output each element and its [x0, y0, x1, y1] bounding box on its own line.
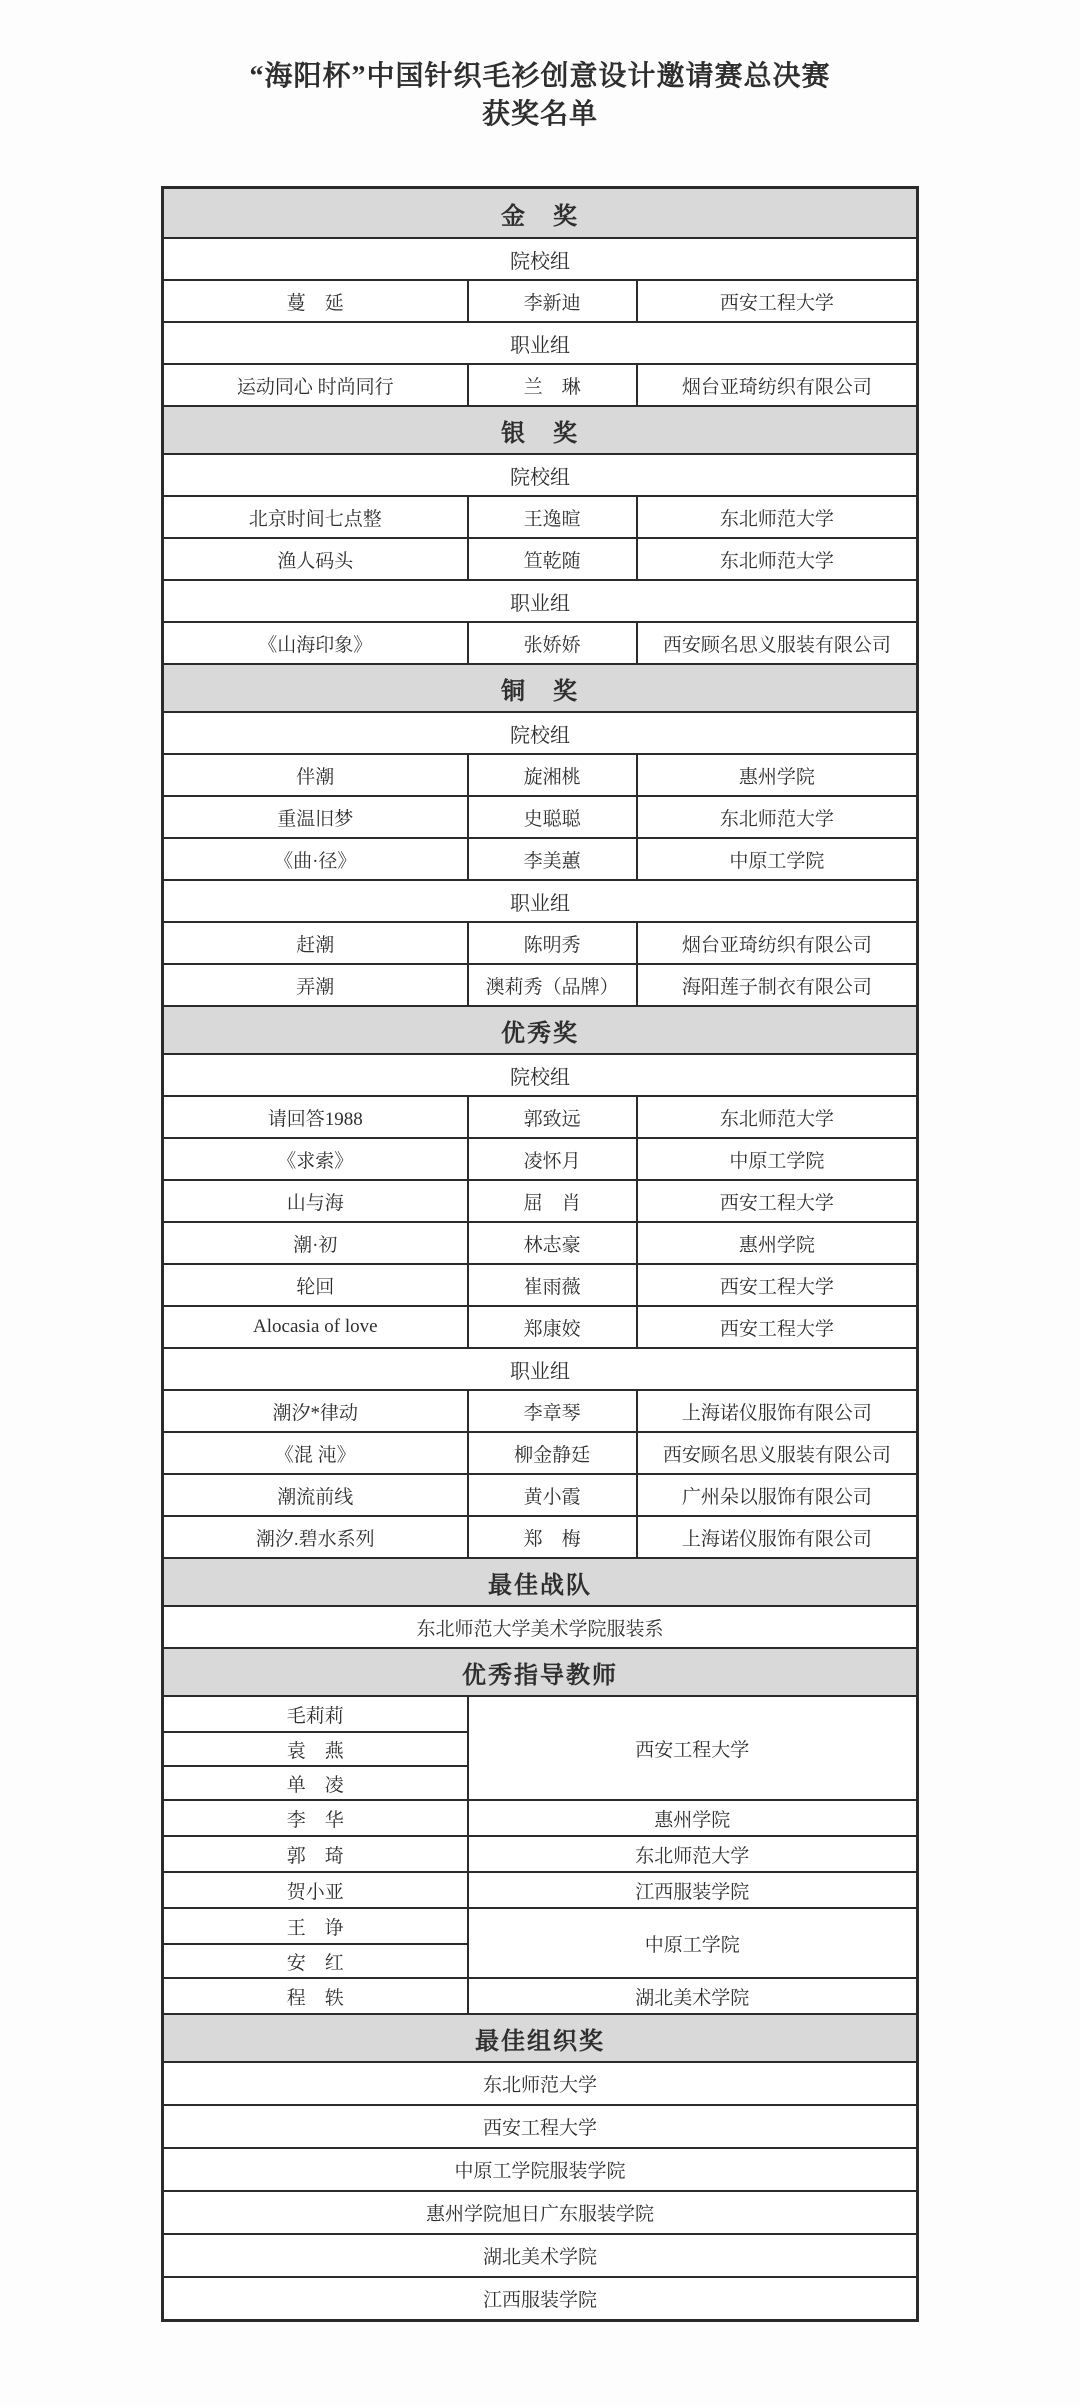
group-label: 职业组: [510, 329, 570, 358]
teacher-name-cell: 单 凌: [164, 1765, 467, 1799]
section-title: 最佳组织奖: [475, 2021, 605, 2056]
author-name-cell: 史聪聪: [469, 797, 638, 837]
group-label: 职业组: [510, 587, 570, 616]
single-value-row: 湖北美术学院: [164, 2233, 916, 2276]
teacher-group-row: 郭 琦东北师范大学: [164, 1835, 916, 1871]
teacher-group-row: 毛莉莉袁 燕单 凌西安工程大学: [164, 1695, 916, 1799]
award-row: 蔓 延李新迪西安工程大学: [164, 279, 916, 321]
award-row: 弄潮澳莉秀（品牌）海阳莲子制衣有限公司: [164, 963, 916, 1005]
teacher-school-cell: 湖北美术学院: [469, 1979, 916, 2013]
award-row: 潮汐.碧水系列郑 梅上海诺仪服饰有限公司: [164, 1515, 916, 1557]
document-page: “海阳杯”中国针织毛衫创意设计邀请赛总决赛 获奖名单 金 奖院校组蔓 延李新迪西…: [0, 0, 1080, 2407]
teacher-name-cell: 李 华: [164, 1801, 467, 1835]
work-title-cell: 赶潮: [164, 923, 469, 963]
work-title-cell: 弄潮: [164, 965, 469, 1005]
single-value: 江西服装学院: [483, 2285, 597, 2312]
author-name-cell: 笪乾随: [469, 539, 638, 579]
author-name-cell: 郑 梅: [469, 1517, 638, 1557]
work-title-cell: Alocasia of love: [164, 1307, 469, 1347]
award-row: 潮汐*律动李章琴上海诺仪服饰有限公司: [164, 1389, 916, 1431]
work-title-cell: 潮汐.碧水系列: [164, 1517, 469, 1557]
group-label-row: 职业组: [164, 321, 916, 363]
single-value-row: 惠州学院旭日广东服装学院: [164, 2190, 916, 2233]
award-table: 金 奖院校组蔓 延李新迪西安工程大学职业组运动同心 时尚同行兰 琳烟台亚琦纺织有…: [161, 186, 919, 2322]
group-label: 院校组: [510, 245, 570, 274]
page-title: “海阳杯”中国针织毛衫创意设计邀请赛总决赛 获奖名单: [0, 0, 1080, 134]
teacher-names-column: 程 轶: [164, 1979, 469, 2013]
teacher-name-cell: 袁 燕: [164, 1731, 467, 1765]
teacher-name-cell: 程 轶: [164, 1979, 467, 2013]
single-value-row: 江西服装学院: [164, 2276, 916, 2319]
teacher-group-row: 李 华惠州学院: [164, 1799, 916, 1835]
section-header: 铜 奖: [164, 663, 916, 711]
award-row: 请回答1988郭致远东北师范大学: [164, 1095, 916, 1137]
organization-cell: 西安工程大学: [638, 1181, 916, 1221]
author-name-cell: 崔雨薇: [469, 1265, 638, 1305]
award-row: 赶潮陈明秀烟台亚琦纺织有限公司: [164, 921, 916, 963]
work-title-cell: 请回答1988: [164, 1097, 469, 1137]
award-row: 重温旧梦史聪聪东北师范大学: [164, 795, 916, 837]
work-title-cell: 《曲·径》: [164, 839, 469, 879]
organization-cell: 西安工程大学: [638, 1307, 916, 1347]
group-label: 职业组: [510, 1355, 570, 1384]
single-value: 中原工学院服装学院: [454, 2156, 625, 2183]
organization-cell: 东北师范大学: [638, 539, 916, 579]
award-row: 伴潮旋湘桃惠州学院: [164, 753, 916, 795]
group-label: 院校组: [510, 1061, 570, 1090]
organization-cell: 上海诺仪服饰有限公司: [638, 1391, 916, 1431]
section-title: 银 奖: [501, 413, 579, 448]
teacher-names-column: 毛莉莉袁 燕单 凌: [164, 1697, 469, 1799]
work-title-cell: 伴潮: [164, 755, 469, 795]
organization-cell: 西安工程大学: [638, 1265, 916, 1305]
work-title-cell: 《混 沌》: [164, 1433, 469, 1473]
teacher-school-cell: 西安工程大学: [469, 1697, 916, 1799]
work-title-cell: 重温旧梦: [164, 797, 469, 837]
group-label: 职业组: [510, 887, 570, 916]
single-value-row: 东北师范大学美术学院服装系: [164, 1605, 916, 1647]
teacher-group-row: 程 轶湖北美术学院: [164, 1977, 916, 2013]
organization-cell: 东北师范大学: [638, 497, 916, 537]
author-name-cell: 陈明秀: [469, 923, 638, 963]
award-row: 北京时间七点整王逸暄东北师范大学: [164, 495, 916, 537]
author-name-cell: 兰 琳: [469, 365, 638, 405]
single-value: 湖北美术学院: [483, 2242, 597, 2269]
work-title-cell: 运动同心 时尚同行: [164, 365, 469, 405]
teacher-names-column: 李 华: [164, 1801, 469, 1835]
organization-cell: 惠州学院: [638, 1223, 916, 1263]
award-row: 《求索》凌怀月中原工学院: [164, 1137, 916, 1179]
author-name-cell: 郑康姣: [469, 1307, 638, 1347]
award-row: 潮·初林志豪惠州学院: [164, 1221, 916, 1263]
work-title-cell: 《山海印象》: [164, 623, 469, 663]
author-name-cell: 张娇娇: [469, 623, 638, 663]
section-header: 优秀奖: [164, 1005, 916, 1053]
section-title: 优秀指导教师: [462, 1655, 618, 1690]
group-label: 院校组: [510, 461, 570, 490]
group-label-row: 院校组: [164, 1053, 916, 1095]
teacher-names-column: 郭 琦: [164, 1837, 469, 1871]
single-value: 东北师范大学美术学院服装系: [416, 1614, 663, 1641]
section-header: 最佳战队: [164, 1557, 916, 1605]
teacher-name-cell: 贺小亚: [164, 1873, 467, 1907]
work-title-cell: 《求索》: [164, 1139, 469, 1179]
award-row: 运动同心 时尚同行兰 琳烟台亚琦纺织有限公司: [164, 363, 916, 405]
award-row: 《山海印象》张娇娇西安顾名思义服装有限公司: [164, 621, 916, 663]
organization-cell: 中原工学院: [638, 839, 916, 879]
author-name-cell: 屈 肖: [469, 1181, 638, 1221]
section-header: 金 奖: [164, 189, 916, 237]
organization-cell: 烟台亚琦纺织有限公司: [638, 923, 916, 963]
organization-cell: 西安顾名思义服装有限公司: [638, 1433, 916, 1473]
section-title: 铜 奖: [501, 671, 579, 706]
work-title-cell: 潮·初: [164, 1223, 469, 1263]
author-name-cell: 李新迪: [469, 281, 638, 321]
single-value: 惠州学院旭日广东服装学院: [426, 2199, 654, 2226]
organization-cell: 广州朵以服饰有限公司: [638, 1475, 916, 1515]
teacher-group-row: 贺小亚江西服装学院: [164, 1871, 916, 1907]
organization-cell: 东北师范大学: [638, 797, 916, 837]
teacher-names-column: 贺小亚: [164, 1873, 469, 1907]
section-title: 金 奖: [501, 196, 579, 231]
teacher-name-cell: 郭 琦: [164, 1837, 467, 1871]
single-value: 西安工程大学: [483, 2113, 597, 2140]
organization-cell: 上海诺仪服饰有限公司: [638, 1517, 916, 1557]
award-row: 轮回崔雨薇西安工程大学: [164, 1263, 916, 1305]
group-label-row: 职业组: [164, 879, 916, 921]
work-title-cell: 蔓 延: [164, 281, 469, 321]
work-title-cell: 轮回: [164, 1265, 469, 1305]
author-name-cell: 澳莉秀（品牌）: [469, 965, 638, 1005]
single-value-row: 西安工程大学: [164, 2104, 916, 2147]
group-label-row: 院校组: [164, 711, 916, 753]
author-name-cell: 王逸暄: [469, 497, 638, 537]
organization-cell: 东北师范大学: [638, 1097, 916, 1137]
author-name-cell: 旋湘桃: [469, 755, 638, 795]
organization-cell: 烟台亚琦纺织有限公司: [638, 365, 916, 405]
single-value-row: 东北师范大学: [164, 2061, 916, 2104]
work-title-cell: 潮流前线: [164, 1475, 469, 1515]
award-row: Alocasia of love郑康姣西安工程大学: [164, 1305, 916, 1347]
organization-cell: 海阳莲子制衣有限公司: [638, 965, 916, 1005]
group-label-row: 职业组: [164, 1347, 916, 1389]
teacher-name-cell: 王 诤: [164, 1909, 467, 1943]
teacher-group-row: 王 诤安 红中原工学院: [164, 1907, 916, 1977]
award-row: 山与海屈 肖西安工程大学: [164, 1179, 916, 1221]
author-name-cell: 凌怀月: [469, 1139, 638, 1179]
author-name-cell: 李美蕙: [469, 839, 638, 879]
section-header: 最佳组织奖: [164, 2013, 916, 2061]
author-name-cell: 黄小霞: [469, 1475, 638, 1515]
teacher-school-cell: 中原工学院: [469, 1909, 916, 1977]
author-name-cell: 林志豪: [469, 1223, 638, 1263]
organization-cell: 中原工学院: [638, 1139, 916, 1179]
group-label-row: 院校组: [164, 237, 916, 279]
award-row: 《曲·径》李美蕙中原工学院: [164, 837, 916, 879]
single-value-row: 中原工学院服装学院: [164, 2147, 916, 2190]
teacher-school-cell: 东北师范大学: [469, 1837, 916, 1871]
work-title-cell: 北京时间七点整: [164, 497, 469, 537]
section-header: 银 奖: [164, 405, 916, 453]
section-title: 优秀奖: [501, 1013, 579, 1048]
teacher-school-cell: 江西服装学院: [469, 1873, 916, 1907]
section-title: 最佳战队: [488, 1565, 592, 1600]
single-value: 东北师范大学: [483, 2070, 597, 2097]
author-name-cell: 郭致远: [469, 1097, 638, 1137]
award-row: 渔人码头笪乾随东北师范大学: [164, 537, 916, 579]
section-header: 优秀指导教师: [164, 1647, 916, 1695]
group-label-row: 院校组: [164, 453, 916, 495]
work-title-cell: 山与海: [164, 1181, 469, 1221]
title-line-1: “海阳杯”中国针织毛衫创意设计邀请赛总决赛: [0, 58, 1080, 96]
award-row: 潮流前线黄小霞广州朵以服饰有限公司: [164, 1473, 916, 1515]
organization-cell: 西安工程大学: [638, 281, 916, 321]
group-label-row: 职业组: [164, 579, 916, 621]
work-title-cell: 渔人码头: [164, 539, 469, 579]
organization-cell: 惠州学院: [638, 755, 916, 795]
title-line-2: 获奖名单: [0, 96, 1080, 134]
author-name-cell: 柳金静廷: [469, 1433, 638, 1473]
group-label: 院校组: [510, 719, 570, 748]
work-title-cell: 潮汐*律动: [164, 1391, 469, 1431]
award-row: 《混 沌》柳金静廷西安顾名思义服装有限公司: [164, 1431, 916, 1473]
teacher-school-cell: 惠州学院: [469, 1801, 916, 1835]
organization-cell: 西安顾名思义服装有限公司: [638, 623, 916, 663]
teacher-names-column: 王 诤安 红: [164, 1909, 469, 1977]
teacher-name-cell: 安 红: [164, 1943, 467, 1977]
teacher-name-cell: 毛莉莉: [164, 1697, 467, 1731]
author-name-cell: 李章琴: [469, 1391, 638, 1431]
